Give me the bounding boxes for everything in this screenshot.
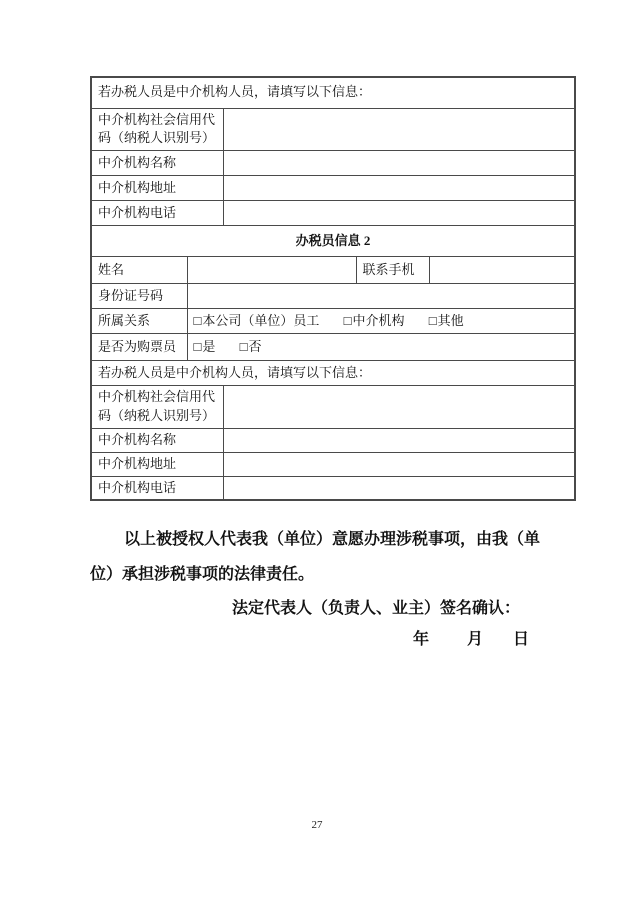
table-row: 中介机构名称 [91,151,575,176]
checkbox-label: 中介机构 [352,313,404,328]
label-agency-name: 中介机构名称 [91,151,223,176]
agency-address-input[interactable] [223,176,575,201]
label-agency-credit-code: 中介机构社会信用代码（纳税人识别号） [91,108,223,151]
label-name: 姓名 [91,257,187,284]
checkbox-other[interactable]: □其他 [429,313,464,328]
table-row: 中介机构电话 [91,201,575,226]
checkbox-intermediary-agency[interactable]: □中介机构 [344,313,405,328]
table-row: 中介机构地址 [91,176,575,201]
table-row: 办税员信息 2 [91,226,575,257]
table-row: 若办税人员是中介机构人员，请填写以下信息： [91,361,575,386]
checkbox-icon: □ [429,313,437,328]
checkbox-icon: □ [194,339,202,354]
agency-address-input[interactable] [223,452,575,476]
document-page: 若办税人员是中介机构人员，请填写以下信息： 中介机构社会信用代码（纳税人识别号）… [0,0,634,898]
intermediary-note-top: 若办税人员是中介机构人员，请填写以下信息： [91,77,575,108]
name-input[interactable] [187,257,356,284]
section-title: 办税员信息 2 [91,226,575,257]
relation-options-cell: □本公司（单位）员工 □中介机构 □其他 [187,309,575,334]
table-row: 所属关系 □本公司（单位）员工 □中介机构 □其他 [91,309,575,334]
agency-phone-input[interactable] [223,476,575,500]
date-year-label: 年 [413,631,429,648]
agency-credit-code-input[interactable] [223,386,575,429]
purchaser-options-cell: □是 □否 [187,334,575,361]
label-agency-phone: 中介机构电话 [91,201,223,226]
date-month-label: 月 [467,631,483,648]
tax-agent-form-table: 若办税人员是中介机构人员，请填写以下信息： 中介机构社会信用代码（纳税人识别号）… [90,76,576,501]
label-relation: 所属关系 [91,309,187,334]
table-row: 若办税人员是中介机构人员，请填写以下信息： [91,77,575,108]
table-row: 身份证号码 [91,284,575,309]
label-agency-phone: 中介机构电话 [91,476,223,500]
declaration-line-1: 以上被授权人代表我（单位）意愿办理涉税事项，由我（单 [90,522,552,557]
intermediary-note: 若办税人员是中介机构人员，请填写以下信息： [91,361,575,386]
page-number: 27 [0,819,634,831]
table-row: 中介机构电话 [91,476,575,500]
label-agency-name: 中介机构名称 [91,428,223,452]
checkbox-label: 否 [248,339,261,354]
date-day-label: 日 [513,631,529,648]
label-agency-credit-code: 中介机构社会信用代码（纳税人识别号） [91,386,223,429]
table-row: 姓名 联系手机 [91,257,575,284]
checkbox-company-employee[interactable]: □本公司（单位）员工 [194,313,320,328]
checkbox-label: 其他 [438,313,464,328]
agency-phone-input[interactable] [223,201,575,226]
label-agency-address: 中介机构地址 [91,176,223,201]
table-row: 中介机构地址 [91,452,575,476]
checkbox-icon: □ [194,313,202,328]
checkbox-icon: □ [344,313,352,328]
table-row: 是否为购票员 □是 □否 [91,334,575,361]
declaration-line-2: 位）承担涉税事项的法律责任。 [90,557,552,592]
label-mobile: 联系手机 [356,257,429,284]
label-ticket-purchaser: 是否为购票员 [91,334,187,361]
date-line: 年月日 [413,626,529,649]
table-row: 中介机构社会信用代码（纳税人识别号） [91,386,575,429]
label-id-number: 身份证号码 [91,284,187,309]
agency-name-input[interactable] [223,151,575,176]
checkbox-label: 本公司（单位）员工 [202,313,319,328]
signature-confirmation-label: 法定代表人（负责人、业主）签名确认： [232,595,520,618]
table-row: 中介机构社会信用代码（纳税人识别号） [91,108,575,151]
table-row: 中介机构名称 [91,428,575,452]
checkbox-label: 是 [202,339,215,354]
id-number-input[interactable] [187,284,575,309]
mobile-input[interactable] [429,257,575,284]
label-agency-address: 中介机构地址 [91,452,223,476]
checkbox-no[interactable]: □否 [240,339,262,354]
declaration-paragraph: 以上被授权人代表我（单位）意愿办理涉税事项，由我（单 位）承担涉税事项的法律责任… [90,522,552,592]
checkbox-icon: □ [240,339,248,354]
checkbox-yes[interactable]: □是 [194,339,216,354]
agency-credit-code-input[interactable] [223,108,575,151]
agency-name-input[interactable] [223,428,575,452]
